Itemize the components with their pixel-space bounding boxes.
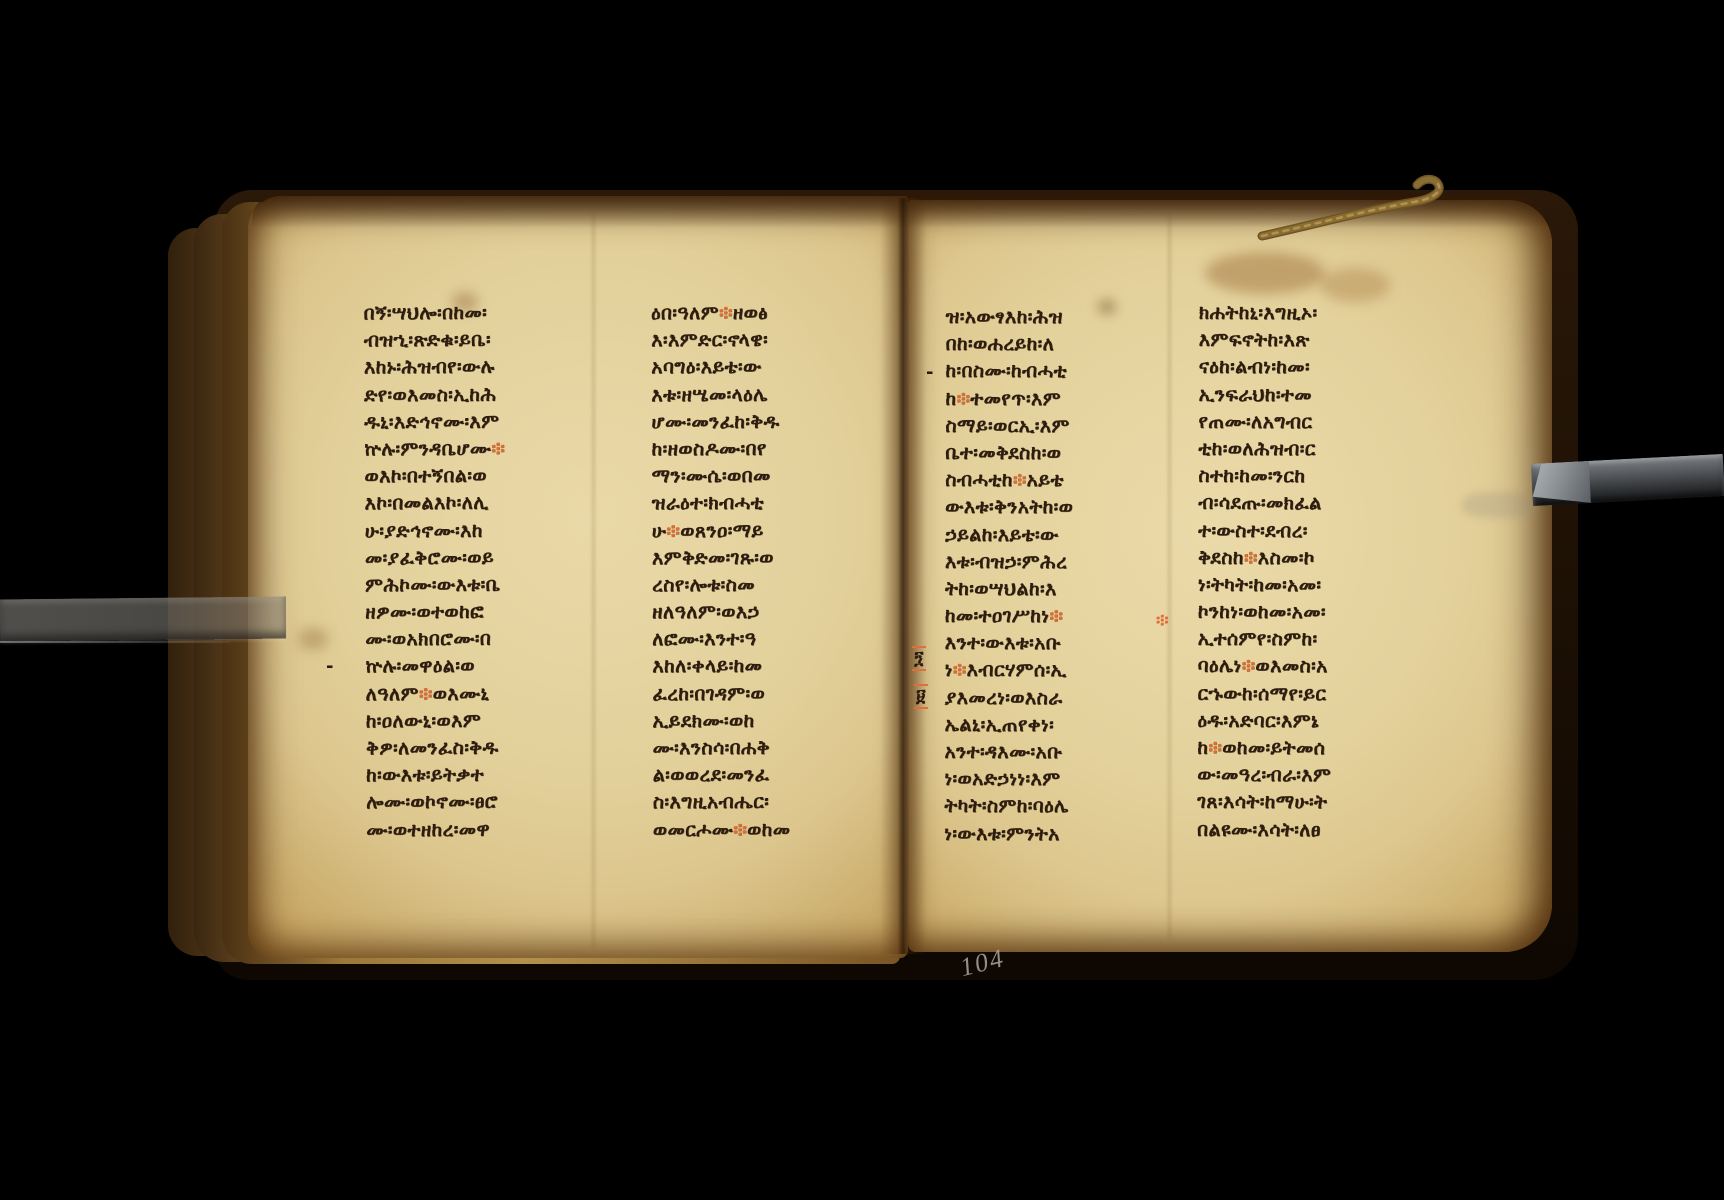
- red-cross-mark: ፨: [733, 818, 747, 840]
- text-line: ነ፡ወአድኃነነ፡እም: [944, 766, 1072, 794]
- text-line: እምቅድመ፡ገጹ፡ወ: [652, 544, 790, 572]
- text-column-left-1: በኝ፡ሣህሎ፡በከመ፡ብዝኂ፡ጽድቁ፡ይቤ፡እከኑ፡ሕዝብየ፡ውሉድየ፡ወእመስ…: [364, 300, 508, 844]
- text-line: ሆሙ፡መንፈከ፡ቅዱ: [651, 409, 789, 437]
- text-line: በኝ፡ሣህሎ፡በከመ፡: [364, 300, 505, 328]
- red-cross-mark: ፨: [956, 387, 970, 409]
- text-line: ትካት፡ስምከ፡ባዕሌ: [944, 793, 1072, 821]
- text-line: ክሐትከኒ፡እግዚኦ፡: [1199, 300, 1333, 328]
- glass-shadow: [1462, 492, 1536, 518]
- red-cross-mark: ፨: [1049, 605, 1063, 627]
- red-cross-mark: ፨: [1242, 655, 1256, 677]
- book-gutter-shadow: [880, 198, 926, 954]
- text-line: ዝራዕተ፡ክብሓቲ: [652, 490, 790, 518]
- text-line: ኵሉ፡ምንዳቤሆሙ፨: [364, 436, 505, 464]
- text-line: ትከ፡ወሣህልከ፡እ: [945, 576, 1073, 604]
- text-line: በከ፡ወሐረይከ፡ለ: [946, 331, 1074, 359]
- text-line: ተ፡ውስተ፡ደብረ፡: [1198, 517, 1332, 545]
- text-line: ሁ፡ያድኅኖሙ፡እከ: [365, 517, 506, 545]
- text-line: የጠሙ፡ለአግብር: [1198, 409, 1332, 437]
- text-line: እምፍኖትከ፡እጽ: [1199, 327, 1333, 355]
- text-line: አባግዕ፡እይቴ፡ው: [651, 354, 789, 382]
- text-line: አንተ፡ዳእሙ፡አቡ: [945, 739, 1073, 767]
- glass-weight-left: [0, 597, 286, 642]
- text-line: ስ፡እግዚአብሔር፡: [653, 789, 791, 817]
- text-line: እ፡እምድር፡ኖላዌ፡: [651, 327, 789, 355]
- text-line: እንተ፡ውእቱ፡አቡ: [945, 630, 1073, 658]
- text-line: ል፡ወወረደ፡መንፈ: [653, 762, 791, 790]
- text-line: ምሕኮሙ፡ውእቱ፡ቤ: [365, 572, 506, 600]
- text-line: ዱኒ፡እድኅኖሙ፡እም: [364, 408, 505, 436]
- text-line: ኵሉ፡መዋዕል፡ወ: [365, 653, 506, 681]
- text-line: ለፎሙ፡እንተ፡ዓ: [652, 626, 790, 654]
- text-line: ቲከ፡ወለሕዝብ፡ር: [1198, 436, 1332, 464]
- text-line: ዘዎሙ፡ወተወከፎ: [365, 599, 506, 627]
- text-line: ሙ፡ወአክበሮሙ፡በ: [365, 626, 506, 654]
- text-line: ከ፡በስሙ፡ከብሓቲ: [945, 358, 1073, 386]
- red-cross-mark: ፨: [1013, 469, 1027, 491]
- text-line: ከ፨ተመየጥ፡እም: [945, 385, 1073, 413]
- left-page: [248, 196, 908, 958]
- marginal-ethiopic-numeral: ፺: [912, 646, 926, 671]
- text-line: ያእመረነ፡ወእስራ: [945, 684, 1073, 712]
- text-line: ቅዎ፡ለመንፈስ፡ቅዱ: [366, 735, 507, 763]
- glass-weight-right: [1531, 454, 1724, 506]
- text-line: ስብሓቲከ፨አይቴ: [945, 467, 1073, 495]
- text-line: እከኑ፡ሕዝብየ፡ውሉ: [364, 354, 505, 382]
- glass-glint: [0, 641, 230, 643]
- text-line: ወእኮ፡በተኝበል፡ወ: [364, 463, 505, 491]
- marginal-ethiopic-numeral: ፱: [914, 684, 928, 709]
- text-line: ኃይልከ፡እይቴ፡ው: [945, 521, 1073, 549]
- text-line: መ፡ያፈቅሮሙ፡ወይ: [365, 544, 506, 572]
- text-line: እቱ፡ብዝኃ፡ምሕረ: [945, 549, 1073, 577]
- parchment-stain: [1098, 300, 1116, 314]
- text-line: እከለ፡ቀላይ፡ከመ: [652, 653, 790, 681]
- text-line: ዕዱ፡አድባር፡እምኔ: [1197, 708, 1331, 736]
- text-line: ብ፡ሳደጡ፡መክፈል: [1198, 490, 1332, 518]
- text-column-right-2: ክሐትከኒ፡እግዚኦ፡እምፍኖትከ፡እጽናዕከ፡ልብነ፡ከመ፡ኢንፍራህከ፡ተመ…: [1197, 300, 1333, 844]
- text-line: ውእቱ፡ቅንአትከ፡ወ: [945, 494, 1073, 522]
- text-line: ማን፡ሙሴ፡ወበመ: [652, 463, 790, 491]
- red-cross-mark: ፨: [1244, 547, 1258, 569]
- text-line: ነ፡ትካት፡ከመ፡አመ፡: [1198, 572, 1332, 600]
- text-line: ኢይደክሙ፡ወከ: [652, 708, 790, 736]
- text-line: ድየ፡ወእመስ፡ኢከሕ: [364, 381, 505, 409]
- text-line: ው፡መዓረ፡ብራ፡እም: [1197, 762, 1331, 790]
- text-line: ብዝኂ፡ጽድቁ፡ይቤ፡: [364, 327, 505, 355]
- parchment-stain: [1320, 268, 1390, 302]
- glass-bevel-tip: [1531, 461, 1591, 506]
- text-line: ከ፡ዐለውኒ፡ወእም: [366, 707, 507, 735]
- marginal-red-cross: ፨: [1156, 610, 1169, 631]
- text-column-right-1: ዝ፡አውፃእከ፡ሕዝበከ፡ወሐረይከ፡ለከ፡በስሙ፡ከብሓቲከ፨ተመየጥ፡እምስ…: [944, 304, 1074, 848]
- text-line: ወመርሖሙ፨ወከመ: [653, 816, 791, 844]
- parchment-stain: [1205, 252, 1325, 294]
- text-column-left-2: ዕበ፡ዓለም፨ዘወፅእ፡እምድር፡ኖላዌ፡አባግዕ፡እይቴ፡ውእቱ፡ዘሤመ፡ላዕ…: [651, 300, 790, 844]
- text-line: ከ፨ወከመ፡ይትመሰ: [1197, 735, 1331, 763]
- red-cross-mark: ፨: [1208, 737, 1222, 759]
- text-line: ሎሙ፡ወኮኖሙ፡ፀሮ: [366, 789, 507, 817]
- text-line: ረስየ፡ሎቱ፡ስመ: [652, 572, 790, 600]
- text-line: ሙ፡እንስሳ፡በሐቅ: [653, 735, 791, 763]
- text-line: ኤልኒ፡ኢጠየቀነ፡: [945, 712, 1073, 740]
- text-line: ናዕከ፡ልብነ፡ከመ፡: [1199, 354, 1333, 382]
- text-line: ስተከ፡ከመ፡ንርከ: [1198, 463, 1332, 491]
- text-line: ርኁውከ፡ሰማየ፡ይር: [1198, 680, 1332, 708]
- red-cross-mark: ፨: [491, 438, 505, 460]
- text-line: ነ፨እብርሃምሰ፡ኢ: [945, 657, 1073, 685]
- text-line: ቅደስከ፨እስመ፡ኮ: [1198, 544, 1332, 572]
- photograph-of-manuscript: በኝ፡ሣህሎ፡በከመ፡ብዝኂ፡ጽድቁ፡ይቤ፡እከኑ፡ሕዝብየ፡ውሉድየ፡ወእመስ…: [0, 0, 1724, 1200]
- page-crease: [1168, 214, 1171, 938]
- red-cross-mark: ፨: [953, 659, 967, 681]
- marginal-dash: -: [326, 656, 333, 677]
- text-line: ሙ፡ወተዘከረ፡መዋ: [366, 816, 507, 844]
- red-cross-mark: ፨: [419, 683, 433, 705]
- page-crease: [592, 212, 595, 948]
- text-line: ገጸ፡እሳት፡ከማሁ፡ት: [1197, 789, 1331, 817]
- text-line: ፈረከ፡በገዳም፡ወ: [652, 680, 790, 708]
- text-line: ኢተሰምየ፡ስምከ፡: [1198, 626, 1332, 654]
- text-line: ዝ፡አውፃእከ፡ሕዝ: [946, 304, 1074, 332]
- text-line: በልዩሙ፡እሳት፡ለፀ: [1197, 816, 1331, 844]
- text-line: ሁ፨ወጸንዐ፡ማይ: [652, 517, 790, 545]
- text-line: ባዕሌነ፨ወእመስ፡አ: [1198, 653, 1332, 681]
- text-line: ስማይ፡ወርኢ፡እም: [945, 413, 1073, 441]
- text-line: እኮ፡በመልእኮ፡ለሊ: [365, 490, 506, 518]
- red-cross-mark: ፨: [719, 302, 733, 324]
- text-line: ከ፡ዘወስዶሙ፡በየ: [652, 436, 790, 464]
- text-line: እቱ፡ዘሤመ፡ላዕሌ: [651, 381, 789, 409]
- text-line: ኮንከነ፡ወከመ፡አመ፡: [1198, 599, 1332, 627]
- text-line: ነ፡ውእቱ፡ምንትአ: [944, 820, 1072, 848]
- text-line: ዘለዓለም፡ወእኃ: [652, 599, 790, 627]
- red-cross-mark: ፨: [666, 520, 680, 542]
- text-line: ለዓለም፨ወእሙኒ: [366, 680, 507, 708]
- text-line: ኢንፍራህከ፡ተመ: [1199, 381, 1333, 409]
- text-line: ቤተ፡መቅደስከ፡ወ: [945, 440, 1073, 468]
- parchment-stain: [298, 628, 328, 650]
- text-line: ከ፡ውእቱ፡ይትቃተ: [366, 762, 507, 790]
- marginal-dash: -: [926, 362, 933, 383]
- text-line: ዕበ፡ዓለም፨ዘወፅ: [651, 300, 789, 328]
- text-line: ከመ፡ተዐገሥከነ፨: [945, 603, 1073, 631]
